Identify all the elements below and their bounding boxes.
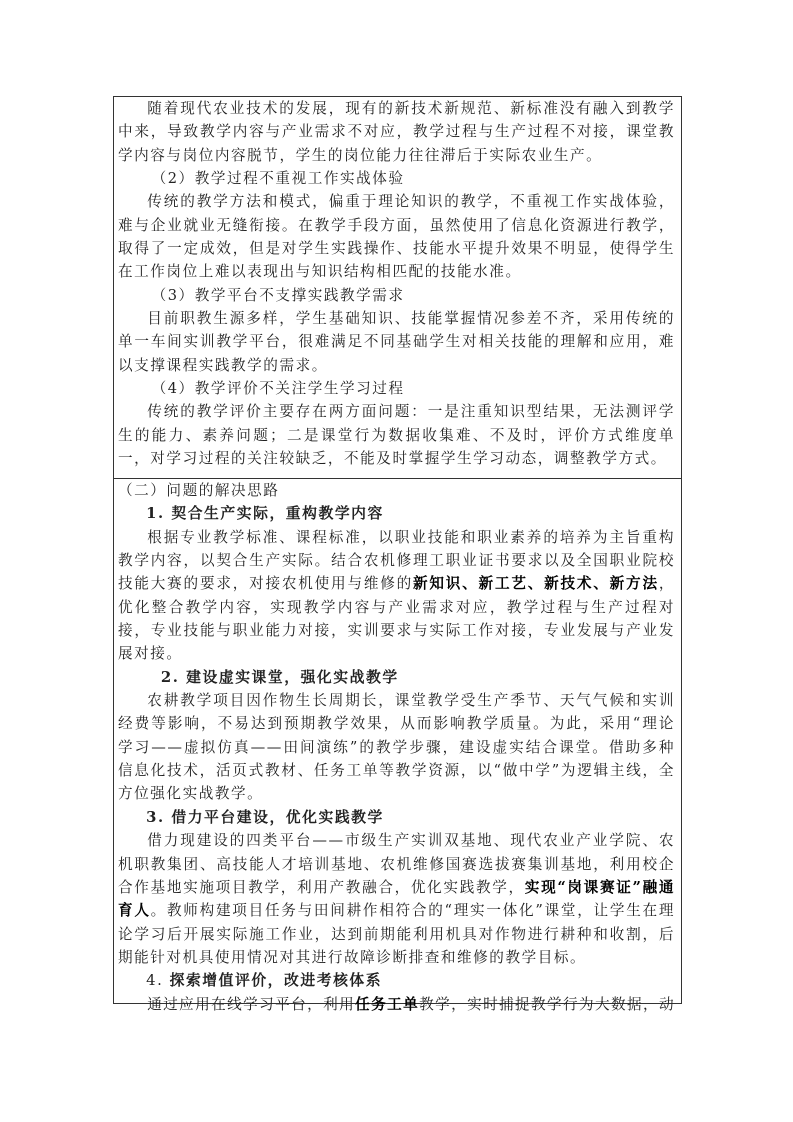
paragraph-problem-2-body: 传统的教学方法和模式，偏重于理论知识的教学，不重视工作实战体验，难与企业就业无缝… xyxy=(118,190,675,283)
heading-problem-2: （2）教学过程不重视工作实战体验 xyxy=(118,167,675,190)
paragraph-problem-1-body: 随着现代农业技术的发展，现有的新技术新规范、新标准没有融入到教学中来，导致教学内… xyxy=(118,97,675,167)
heading-solution-2: 2. 建设虚实课堂，强化实战教学 xyxy=(118,666,675,689)
heading-number: 4. xyxy=(146,972,169,989)
bold-emphasis: 任务工单 xyxy=(355,996,419,1013)
paragraph-solution-1-body: 根据专业教学标准、课程标准，以职业技能和职业素养的培养为主旨重构教学内容，以契合… xyxy=(118,526,675,666)
paragraph-solution-3-body: 借力现建设的四类平台——市级生产实训双基地、现代农业产业学院、农机职教集团、高技… xyxy=(118,829,675,969)
paragraph-problem-3-body: 目前职教生源多样，学生基础知识、技能掌握情况参差不齐，采用传统的单一车间实训教学… xyxy=(118,307,675,377)
heading-problem-3: （3）教学平台不支撑实践教学需求 xyxy=(118,284,675,307)
paragraph-problem-4-body: 传统的教学评价主要存在两方面问题：一是注重知识型结果，无法测评学生的能力、素养问… xyxy=(118,400,675,470)
heading-solution-3: 3. 借力平台建设，优化实践教学 xyxy=(118,806,675,829)
content-table: 随着现代农业技术的发展，现有的新技术新规范、新标准没有融入到教学中来，导致教学内… xyxy=(113,96,682,1004)
paragraph-solution-4-body: 通过应用在线学习平台，利用任务工单教学，实时捕捉教学行为大数据，动 xyxy=(118,993,675,1016)
text-segment: 通过应用在线学习平台，利用 xyxy=(147,996,355,1013)
section-title: （二）问题的解决思路 xyxy=(118,479,675,502)
heading-problem-4: （4）教学评价不关注学生学习过程 xyxy=(118,377,675,400)
text-segment: 。教师构建项目任务与田间耕作相符合的“理实一体化”课堂，让学生在理论学习后开展实… xyxy=(118,902,675,966)
text-segment: 教学，实时捕捉教学行为大数据，动 xyxy=(419,996,675,1013)
table-cell-problems: 随着现代农业技术的发展，现有的新技术新规范、新标准没有融入到教学中来，导致教学内… xyxy=(114,97,681,479)
document-page: 随着现代农业技术的发展，现有的新技术新规范、新标准没有融入到教学中来，导致教学内… xyxy=(0,0,793,1122)
bold-emphasis: 新知识、新工艺、新技术、新方法 xyxy=(413,575,659,592)
table-cell-solutions: （二）问题的解决思路 1. 契合生产实际，重构教学内容 根据专业教学标准、课程标… xyxy=(114,479,681,1003)
paragraph-solution-2-body: 农耕教学项目因作物生长周期长，课堂教学受生产季节、天气气候和实训经费等影响，不易… xyxy=(118,689,675,806)
heading-solution-1: 1. 契合生产实际，重构教学内容 xyxy=(118,502,675,525)
heading-solution-4: 4. 探索增值评价，改进考核体系 xyxy=(118,969,675,992)
heading-text: 探索增值评价，改进考核体系 xyxy=(170,972,383,989)
